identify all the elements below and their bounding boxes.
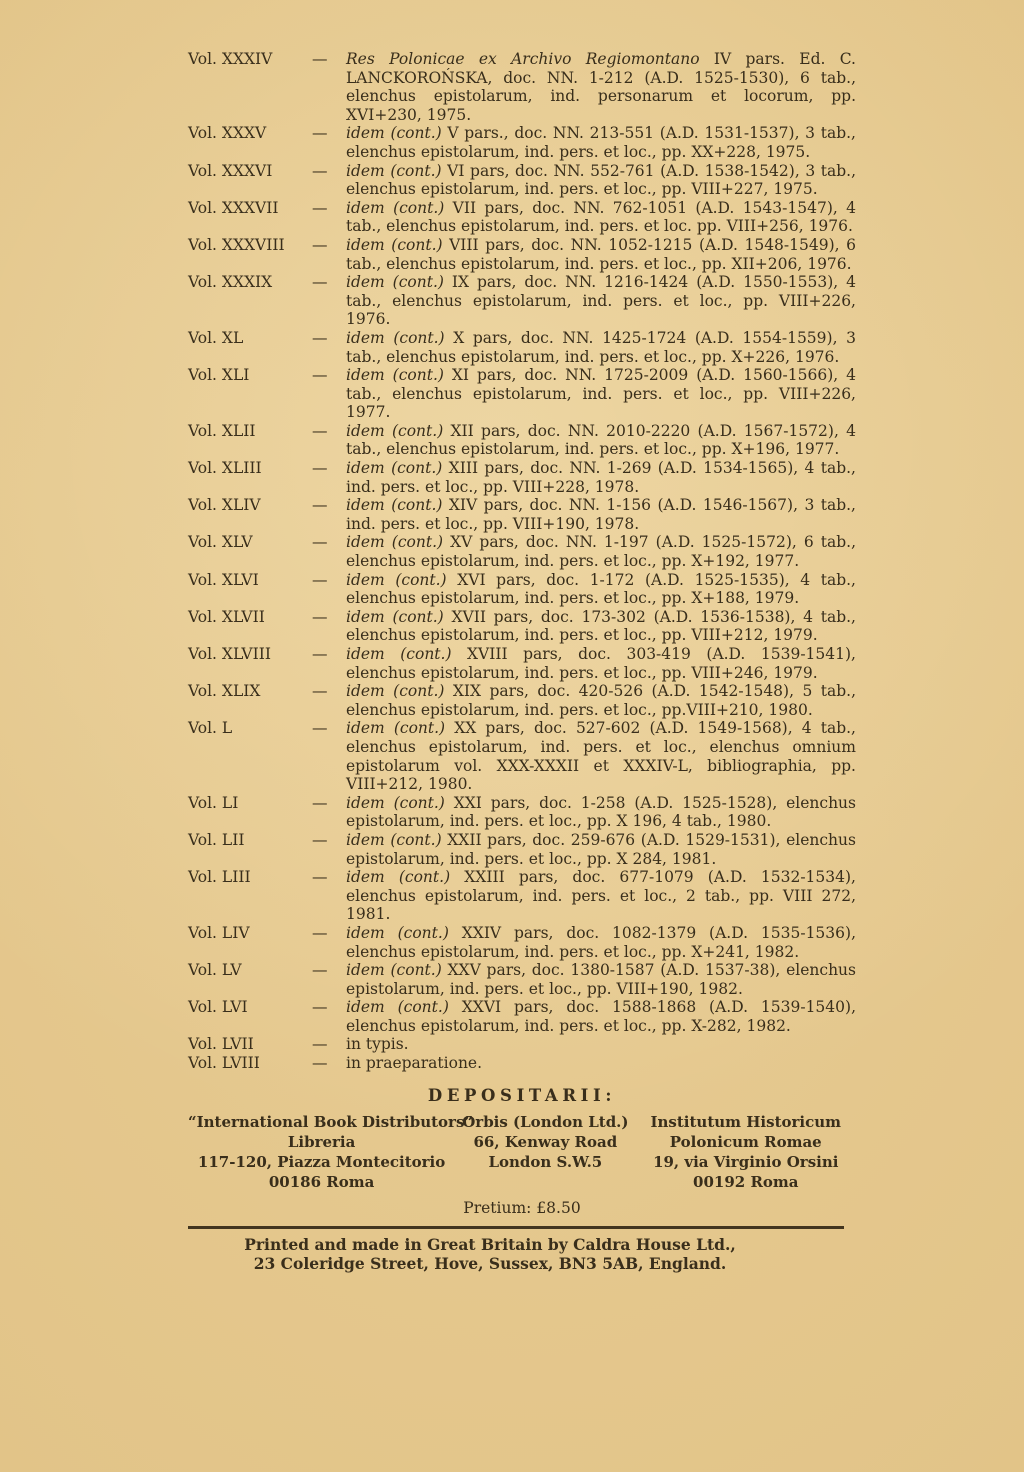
volume-entry: Vol. XLVII — idem (cont.) XVII pars, doc… [188, 608, 856, 645]
volume-entry: Vol. LI — idem (cont.) XXI pars, doc. 1-… [188, 794, 856, 831]
volume-label: Vol. LVI [188, 998, 312, 1035]
volume-label: Vol. XLV [188, 533, 312, 570]
volume-label: Vol. XLIX [188, 682, 312, 719]
dash-separator: — [312, 794, 346, 831]
volume-description: idem (cont.) XV pars, doc. NN. 1-197 (A.… [346, 533, 856, 570]
volume-description-italic: idem (cont.) [346, 924, 449, 942]
volume-description: idem (cont.) VI pars, doc. NN. 552-761 (… [346, 162, 856, 199]
volume-description-rest: in typis. [346, 1035, 409, 1053]
volume-description-italic: idem (cont.) [346, 571, 447, 589]
dash-separator: — [312, 459, 346, 496]
dash-separator: — [312, 273, 346, 329]
dash-separator: — [312, 831, 346, 868]
volume-description-italic: idem (cont.) [346, 868, 450, 886]
volume-entry: Vol. XLII — idem (cont.) XII pars, doc. … [188, 422, 856, 459]
dash-separator: — [312, 422, 346, 459]
volume-entry: Vol. XLV — idem (cont.) XV pars, doc. NN… [188, 533, 856, 570]
volume-description: in praeparatione. [346, 1054, 856, 1073]
volume-description-italic: idem (cont.) [346, 199, 444, 217]
volume-description: idem (cont.) XVI pars, doc. 1-172 (A.D. … [346, 571, 856, 608]
volume-description-italic: idem (cont.) [346, 329, 445, 347]
volume-entry: Vol. LIII — idem (cont.) XXIII pars, doc… [188, 868, 856, 924]
dash-separator: — [312, 645, 346, 682]
volume-label: Vol. XXXVII [188, 199, 312, 236]
dash-separator: — [312, 236, 346, 273]
volume-entry: Vol. L — idem (cont.) XX pars, doc. 527-… [188, 719, 856, 793]
depositarii-line: 00186 Roma [188, 1172, 455, 1192]
volume-description: idem (cont.) XXIII pars, doc. 677-1079 (… [346, 868, 856, 924]
depositarii-line: Orbis (London Ltd.) [455, 1112, 635, 1132]
volume-entry: Vol. XXXVI — idem (cont.) VI pars, doc. … [188, 162, 856, 199]
dash-separator: — [312, 1035, 346, 1054]
volume-label: Vol. LIII [188, 868, 312, 924]
pretium-line: Pretium: £8.50 [188, 1198, 856, 1218]
volume-entry: Vol. LVII — in typis. [188, 1035, 856, 1054]
volume-description-italic: idem (cont.) [346, 645, 452, 663]
volume-description-italic: idem (cont.) [346, 608, 444, 626]
volume-description: idem (cont.) XVIII pars, doc. 303-419 (A… [346, 645, 856, 682]
volume-entry: Vol. XXXIV — Res Polonicae ex Archivo Re… [188, 50, 856, 124]
dash-separator: — [312, 162, 346, 199]
volume-entry: Vol. LIV — idem (cont.) XXIV pars, doc. … [188, 924, 856, 961]
volume-label: Vol. XLIV [188, 496, 312, 533]
volume-description: idem (cont.) XXIV pars, doc. 1082-1379 (… [346, 924, 856, 961]
volume-entry: Vol. LVIII — in praeparatione. [188, 1054, 856, 1073]
volume-description: Res Polonicae ex Archivo Regiomontano IV… [346, 50, 856, 124]
depositarii-line: London S.W.5 [455, 1152, 635, 1172]
volume-label: Vol. XXXIX [188, 273, 312, 329]
volume-label: Vol. LVIII [188, 1054, 312, 1073]
volume-label: Vol. XXXV [188, 124, 312, 161]
volume-description-italic: idem (cont.) [346, 459, 442, 477]
volume-description-italic: idem (cont.) [346, 998, 449, 1016]
volume-label: Vol. XXXVI [188, 162, 312, 199]
volume-label: Vol. LI [188, 794, 312, 831]
volume-entry: Vol. XLVI — idem (cont.) XVI pars, doc. … [188, 571, 856, 608]
volume-description: idem (cont.) XVII pars, doc. 173-302 (A.… [346, 608, 856, 645]
volume-entry: Vol. XLVIII — idem (cont.) XVIII pars, d… [188, 645, 856, 682]
depositarii-line: 19, via Virginio Orsini [636, 1152, 856, 1172]
volume-label: Vol. XXXVIII [188, 236, 312, 273]
volume-description: idem (cont.) XXVI pars, doc. 1588-1868 (… [346, 998, 856, 1035]
volume-label: Vol. XLVI [188, 571, 312, 608]
volume-description: idem (cont.) XIII pars, doc. NN. 1-269 (… [346, 459, 856, 496]
volume-description: idem (cont.) XII pars, doc. NN. 2010-222… [346, 422, 856, 459]
page-content: Vol. XXXIV — Res Polonicae ex Archivo Re… [188, 50, 856, 1274]
volume-description: idem (cont.) XI pars, doc. NN. 1725-2009… [346, 366, 856, 422]
volume-label: Vol. LIV [188, 924, 312, 961]
volume-label: Vol. LV [188, 961, 312, 998]
volume-description-italic: idem (cont.) [346, 236, 443, 254]
volume-description: idem (cont.) XX pars, doc. 527-602 (A.D.… [346, 719, 856, 793]
dash-separator: — [312, 682, 346, 719]
divider-rule [188, 1226, 844, 1229]
volume-description-italic: idem (cont.) [346, 124, 442, 142]
volume-description-italic: idem (cont.) [346, 496, 442, 514]
volume-description: idem (cont.) V pars., doc. NN. 213-551 (… [346, 124, 856, 161]
depositarii-columns: “International Book Distributors”Libreri… [188, 1112, 856, 1192]
volume-entry: Vol. XXXV — idem (cont.) V pars., doc. N… [188, 124, 856, 161]
dash-separator: — [312, 50, 346, 124]
volume-entry: Vol. LII — idem (cont.) XXII pars, doc. … [188, 831, 856, 868]
volume-description-italic: idem (cont.) [346, 273, 444, 291]
dash-separator: — [312, 961, 346, 998]
depositarii-line: “International Book Distributors” [188, 1112, 455, 1132]
volume-entry: Vol. XXXVIII — idem (cont.) VIII pars, d… [188, 236, 856, 273]
depositarii-column: Orbis (London Ltd.)66, Kenway RoadLondon… [455, 1112, 635, 1192]
volume-list: Vol. XXXIV — Res Polonicae ex Archivo Re… [188, 50, 856, 1073]
volume-label: Vol. XLVIII [188, 645, 312, 682]
volume-entry: Vol. XXXIX — idem (cont.) IX pars, doc. … [188, 273, 856, 329]
volume-description: idem (cont.) XIX pars, doc. 420-526 (A.D… [346, 682, 856, 719]
volume-label: Vol. XLII [188, 422, 312, 459]
volume-description-italic: idem (cont.) [346, 366, 444, 384]
volume-description-italic: idem (cont.) [346, 961, 442, 979]
depositarii-column: Institutum HistoricumPolonicum Romae19, … [636, 1112, 856, 1192]
volume-description-italic: idem (cont.) [346, 422, 443, 440]
volume-description-italic: idem (cont.) [346, 682, 444, 700]
volume-description-italic: idem (cont.) [346, 162, 442, 180]
volume-label: Vol. LVII [188, 1035, 312, 1054]
volume-description: idem (cont.) XIV pars, doc. NN. 1-156 (A… [346, 496, 856, 533]
volume-description-italic: idem (cont.) [346, 533, 443, 551]
volume-label: Vol. XLVII [188, 608, 312, 645]
volume-label: Vol. XXXIV [188, 50, 312, 124]
volume-description-italic: idem (cont.) [346, 831, 442, 849]
depositarii-line: 00192 Roma [636, 1172, 856, 1192]
depositarii-heading: DEPOSITARII: [188, 1085, 856, 1107]
dash-separator: — [312, 998, 346, 1035]
volume-description: idem (cont.) IX pars, doc. NN. 1216-1424… [346, 273, 856, 329]
dash-separator: — [312, 533, 346, 570]
dash-separator: — [312, 329, 346, 366]
depositarii-line: Institutum Historicum [636, 1112, 856, 1132]
dash-separator: — [312, 199, 346, 236]
volume-description: idem (cont.) XXV pars, doc. 1380-1587 (A… [346, 961, 856, 998]
dash-separator: — [312, 924, 346, 961]
dash-separator: — [312, 124, 346, 161]
volume-label: Vol. XLI [188, 366, 312, 422]
imprint-section: DEPOSITARII: “International Book Distrib… [188, 1085, 856, 1274]
dash-separator: — [312, 496, 346, 533]
volume-description: idem (cont.) VII pars, doc. NN. 762-1051… [346, 199, 856, 236]
volume-description: idem (cont.) X pars, doc. NN. 1425-1724 … [346, 329, 856, 366]
dash-separator: — [312, 608, 346, 645]
volume-description: idem (cont.) VIII pars, doc. NN. 1052-12… [346, 236, 856, 273]
volume-description-italic: idem (cont.) [346, 719, 445, 737]
volume-entry: Vol. XLI — idem (cont.) XI pars, doc. NN… [188, 366, 856, 422]
dash-separator: — [312, 366, 346, 422]
volume-entry: Vol. XLIII — idem (cont.) XIII pars, doc… [188, 459, 856, 496]
dash-separator: — [312, 868, 346, 924]
dash-separator: — [312, 719, 346, 793]
volume-entry: Vol. LV — idem (cont.) XXV pars, doc. 13… [188, 961, 856, 998]
footer-line-1: Printed and made in Great Britain by Cal… [188, 1235, 792, 1255]
depositarii-line: 117-120, Piazza Montecitorio [188, 1152, 455, 1172]
volume-label: Vol. XLIII [188, 459, 312, 496]
volume-entry: Vol. XLIX — idem (cont.) XIX pars, doc. … [188, 682, 856, 719]
volume-description-italic: Res Polonicae ex Archivo Regiomontano [346, 50, 700, 68]
volume-label: Vol. L [188, 719, 312, 793]
volume-entry: Vol. XL — idem (cont.) X pars, doc. NN. … [188, 329, 856, 366]
volume-entry: Vol. XLIV — idem (cont.) XIV pars, doc. … [188, 496, 856, 533]
volume-label: Vol. LII [188, 831, 312, 868]
depositarii-line: Polonicum Romae [636, 1132, 856, 1152]
depositarii-column: “International Book Distributors”Libreri… [188, 1112, 455, 1192]
printer-footer: Printed and made in Great Britain by Cal… [188, 1235, 856, 1274]
volume-description-rest: in praeparatione. [346, 1054, 482, 1072]
volume-entry: Vol. LVI — idem (cont.) XXVI pars, doc. … [188, 998, 856, 1035]
volume-description: in typis. [346, 1035, 856, 1054]
volume-label: Vol. XL [188, 329, 312, 366]
dash-separator: — [312, 1054, 346, 1073]
dash-separator: — [312, 571, 346, 608]
volume-description-italic: idem (cont.) [346, 794, 445, 812]
depositarii-line: Libreria [188, 1132, 455, 1152]
depositarii-line: 66, Kenway Road [455, 1132, 635, 1152]
volume-description: idem (cont.) XXI pars, doc. 1-258 (A.D. … [346, 794, 856, 831]
volume-entry: Vol. XXXVII — idem (cont.) VII pars, doc… [188, 199, 856, 236]
footer-line-2: 23 Coleridge Street, Hove, Sussex, BN3 5… [188, 1254, 792, 1274]
volume-description: idem (cont.) XXII pars, doc. 259-676 (A.… [346, 831, 856, 868]
